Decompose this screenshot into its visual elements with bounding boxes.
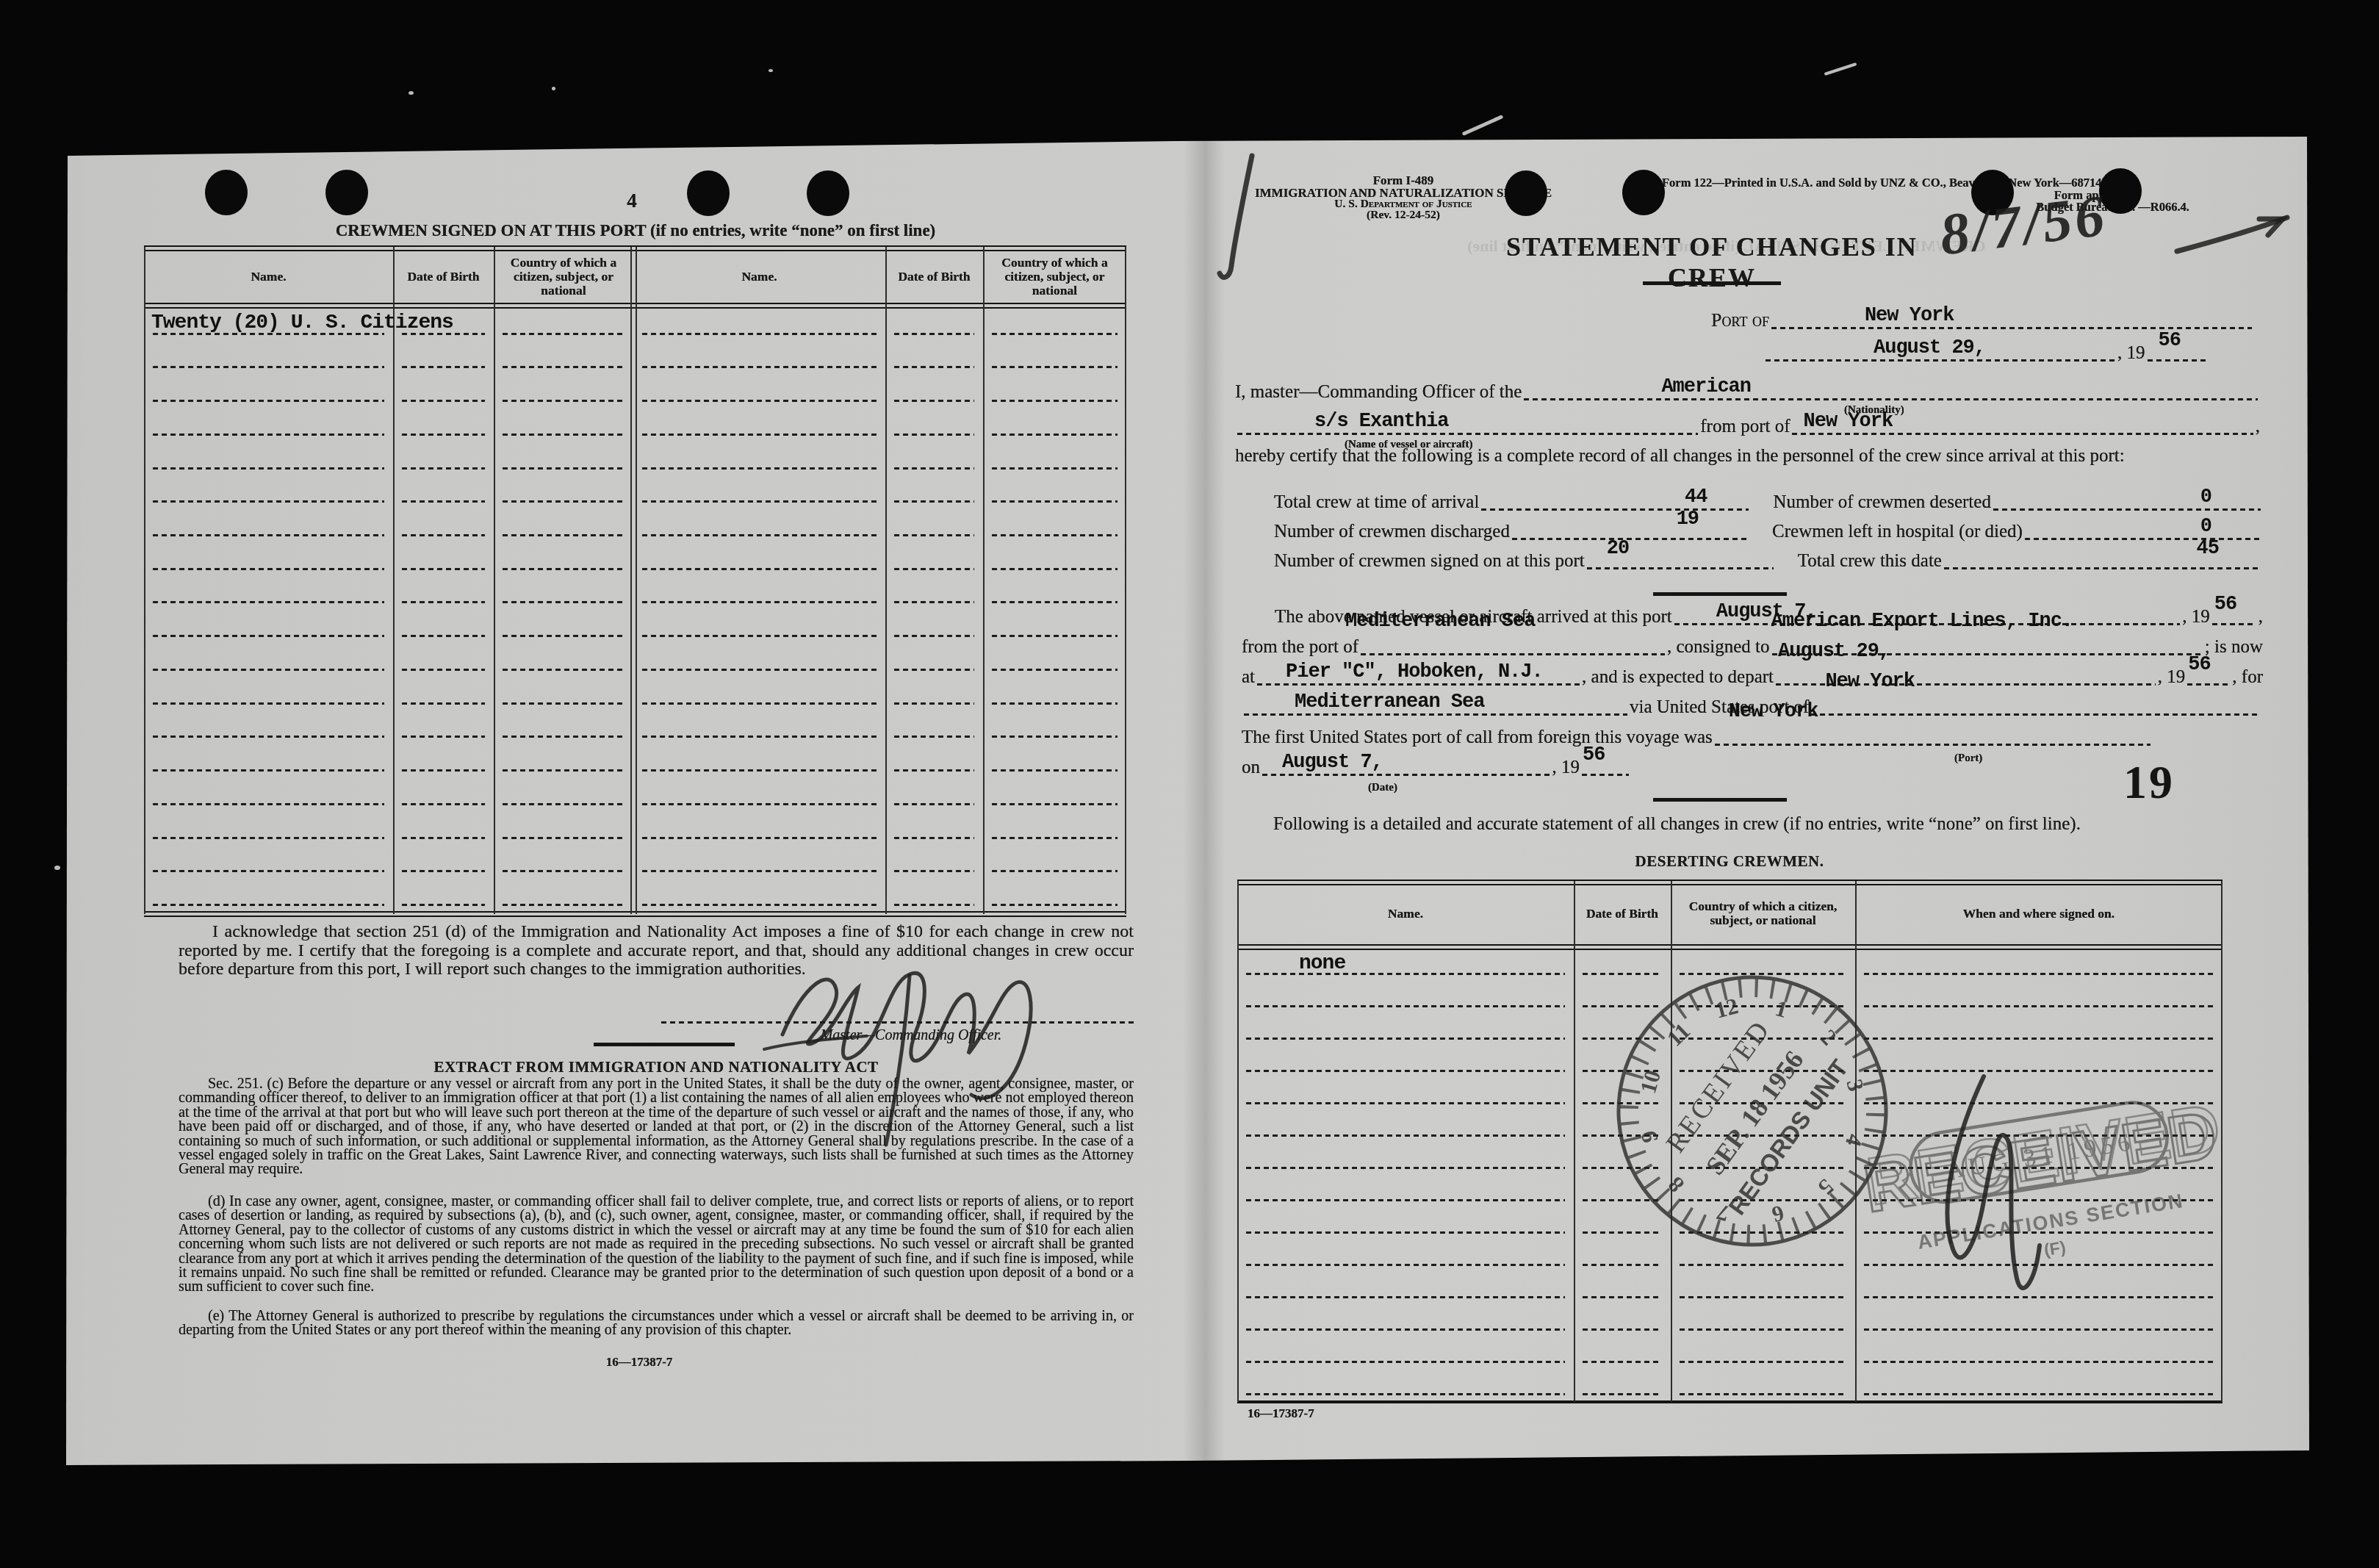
stat-label: Crewmen left in hospital (or died): [1750, 522, 2023, 545]
port-caption: (Port): [1954, 752, 1982, 765]
stat-label: Number of crewmen discharged: [1274, 522, 1510, 545]
depart-label: , and is expected to depart: [1582, 667, 1774, 691]
from-suffix: ; is now: [2205, 637, 2263, 661]
on-value: August 7,: [1282, 752, 1383, 774]
via-value-2: New York: [1825, 671, 1915, 693]
punch-hole: [687, 170, 730, 216]
on-fill: August 7,: [1260, 750, 1552, 781]
scan-streak: [1824, 62, 1857, 76]
certify-paragraph: hereby certify that the following is a c…: [1235, 444, 2262, 468]
year-fill: 56: [2145, 336, 2211, 367]
on-line: on August 7, , 19 56: [1242, 750, 1631, 781]
stat-value: 20: [1607, 538, 1629, 560]
col-name: Name.: [144, 250, 393, 303]
title-bar: [1643, 281, 1781, 285]
right-table-header: Name. Date of Birth Country of which a c…: [1237, 884, 2223, 943]
stat-fill: 45: [1942, 544, 2263, 575]
right-form-number: 16—17387-7: [1248, 1406, 1314, 1421]
from-port-fill: New York: [1790, 409, 2255, 440]
svg-text:9: 9: [1635, 1128, 1663, 1146]
year-printed: , 19: [2158, 667, 2186, 691]
year-printed: , 19: [2117, 343, 2145, 367]
via-value: Mediterranean Sea: [1295, 691, 1484, 713]
at-suffix: , for: [2232, 667, 2263, 691]
svg-text:5: 5: [1813, 1174, 1839, 1201]
table-row: [144, 542, 1126, 575]
nationality-value: American: [1661, 376, 1751, 398]
date-caption: (Date): [1368, 782, 1397, 794]
extract-paragraph-d: (d) In case any owner, agent, consignee,…: [179, 1195, 1134, 1295]
year-fill: 56: [2210, 600, 2259, 630]
stat-fill: 0: [2023, 514, 2263, 545]
date-line: August 29, , 19 56: [1763, 336, 2260, 367]
date-value: August 29,: [1874, 337, 1985, 359]
col-dob: Date of Birth: [393, 250, 494, 303]
vessel-line-comma: ,: [2256, 417, 2260, 440]
at-value: Pier "C", Hoboken, N.J.: [1286, 661, 1543, 683]
year-typed: 56: [2159, 330, 2181, 352]
year-typed: 56: [2188, 654, 2210, 676]
col-country: Country of which a citizen, subject, or …: [1671, 884, 1855, 943]
punch-hole: [325, 170, 368, 215]
col-dob: Date of Birth: [1574, 884, 1671, 943]
table-row: [144, 373, 1126, 407]
stat-value: 19: [1677, 508, 1699, 531]
svg-text:8: 8: [1663, 1172, 1689, 1198]
table-row: [144, 810, 1126, 844]
extract-title: EXTRACT FROM IMMIGRATION AND NATIONALITY…: [179, 1058, 1134, 1076]
port-of-label: Port of: [1711, 309, 1769, 334]
from-label: from the port of: [1242, 637, 1358, 661]
vessel-value: s/s Exanthia: [1314, 411, 1448, 433]
col-country-2: Country of which a citizen, subject, or …: [983, 250, 1126, 303]
svg-text:1: 1: [1773, 995, 1791, 1023]
right-table-first-entry: none: [1299, 952, 1345, 975]
stat-label: Number of crewmen signed on at this port: [1274, 551, 1585, 575]
consigned-label: , consigned to: [1667, 637, 1770, 661]
section-bar: [1653, 798, 1787, 802]
via-fill: Mediterranean Sea: [1242, 690, 1630, 721]
table-row: [1237, 1368, 2223, 1400]
table-row: [144, 710, 1126, 744]
handwritten-number: 19: [2123, 755, 2175, 810]
scan-speck: [409, 91, 414, 95]
on-label: on: [1242, 758, 1260, 781]
port-of-fill: New York: [1769, 303, 2254, 334]
stat-fill: 19: [1510, 514, 1750, 545]
table-row: [144, 441, 1126, 475]
at-label: at: [1242, 667, 1255, 691]
punch-hole: [1622, 170, 1665, 215]
col-name-2: Name.: [633, 250, 885, 303]
table-row: [144, 475, 1126, 508]
punch-hole: [807, 170, 849, 216]
at-fill: Pier "C", Hoboken, N.J.: [1255, 660, 1582, 691]
table-rule-bottom: [1237, 1400, 2223, 1403]
first-port-value: New York: [1729, 701, 1818, 723]
stat-value: 45: [2197, 538, 2219, 560]
punch-hole: [205, 170, 248, 215]
stat-row-1: Total crew at time of arrival 44 Number …: [1274, 485, 2263, 516]
master-label: I, master—Commanding Officer of the: [1235, 382, 1522, 406]
svg-text:2: 2: [1815, 1024, 1842, 1050]
arrived-suffix: ,: [2259, 607, 2263, 630]
section-bar: [594, 1043, 735, 1046]
following-paragraph: Following is a detailed and accurate sta…: [1235, 814, 2264, 834]
table-row: [144, 642, 1126, 676]
from-port-label: from port of: [1700, 417, 1790, 440]
table-row: [144, 508, 1126, 542]
first-port-label: The first United States port of call fro…: [1242, 727, 1713, 751]
svg-text:6: 6: [1769, 1200, 1787, 1228]
deserting-crewmen-title: DESERTING CREWMEN.: [1509, 852, 1950, 871]
year-fill: 56: [2185, 660, 2232, 691]
left-table-first-entry: Twenty (20) U. S. Citizens: [151, 312, 453, 334]
year-typed: 56: [2214, 594, 2236, 616]
from-value: Mediterranean Sea: [1345, 611, 1535, 633]
stat-fill: 20: [1585, 544, 1776, 575]
col-dob-2: Date of Birth: [885, 250, 983, 303]
table-row: [144, 777, 1126, 810]
year-printed: , 19: [2182, 607, 2210, 630]
via-fill-2: New York: [1809, 690, 2263, 721]
extract-paragraph-e: (e) The Attorney General is authorized t…: [179, 1309, 1134, 1338]
stat-row-3: Number of crewmen signed on at this port…: [1274, 544, 2263, 575]
svg-text:11: 11: [1662, 1018, 1695, 1051]
at-line: at Pier "C", Hoboken, N.J. , and is expe…: [1242, 660, 2263, 691]
vessel-line: s/s Exanthia from port of New York ,: [1235, 409, 2260, 440]
stat-row-2: Number of crewmen discharged 19 Crewmen …: [1274, 514, 2263, 545]
pen-mark: [1214, 147, 1280, 301]
punch-hole: [1505, 170, 1547, 216]
table-row: [144, 676, 1126, 710]
scan-streak: [1462, 115, 1504, 136]
stat-label: Total crew at time of arrival: [1274, 492, 1479, 516]
date-fill: August 29,: [1763, 336, 2117, 367]
svg-text:12: 12: [1713, 993, 1741, 1023]
left-form-number: 16—17387-7: [441, 1355, 838, 1370]
stat-label: Number of crewmen deserted: [1751, 492, 1990, 516]
table-row: [144, 877, 1126, 911]
from-port-value: New York: [1803, 411, 1893, 433]
left-table-rows: [144, 306, 1126, 911]
table-row: [144, 608, 1126, 642]
table-row: [144, 407, 1126, 441]
left-table-header: Name. Date of Birth Country of which a c…: [144, 250, 1126, 303]
handwritten-flourish: [2171, 206, 2296, 257]
from-fill: Mediterranean Sea: [1358, 630, 1667, 661]
first-port-line: The first United States port of call fro…: [1242, 720, 2153, 751]
year-typed: 56: [1583, 744, 1605, 766]
first-port-fill: New York: [1713, 720, 2153, 751]
section-bar: [1653, 592, 1787, 596]
master-line: I, master—Commanding Officer of the Amer…: [1235, 375, 2260, 406]
stat-fill: 44: [1479, 485, 1751, 516]
vessel-fill: s/s Exanthia: [1235, 409, 1700, 440]
left-page-title: CREWMEN SIGNED ON AT THIS PORT (if no en…: [132, 221, 1139, 240]
col-signed-on: When and where signed on.: [1855, 884, 2223, 943]
from-port-line: from the port of Mediterranean Sea , con…: [1242, 630, 2263, 661]
port-of-value: New York: [1865, 305, 1954, 327]
nationality-fill: American: [1522, 375, 2260, 406]
table-row: [144, 340, 1126, 374]
table-row: [1237, 1336, 2223, 1368]
year-fill: 56: [1580, 750, 1631, 781]
col-name: Name.: [1237, 884, 1574, 943]
page-crease: [1183, 137, 1224, 1461]
col-country: Country of which a citizen, subject, or …: [494, 250, 633, 303]
stat-value: 44: [1685, 486, 1707, 508]
page-number: 4: [610, 190, 654, 212]
stat-value: 0: [2200, 486, 2211, 508]
stat-label: Total crew this date: [1776, 551, 1942, 575]
scanned-document: { "left_page": { "page_number": "4", "ti…: [0, 0, 2379, 1568]
scan-speck: [552, 87, 555, 90]
depart-value: August 29,: [1778, 641, 1890, 663]
scan-speck: [769, 69, 773, 72]
extract-paragraph-c: Sec. 251. (c) Before the departure or an…: [179, 1077, 1134, 1177]
stamp-initials-scrawl: [1910, 1069, 2072, 1312]
table-row: [144, 743, 1126, 777]
stat-fill: 0: [1991, 485, 2263, 516]
consigned-value: American Export Lines, Inc.: [1771, 611, 2073, 633]
scan-speck: [54, 866, 60, 870]
table-row: [144, 575, 1126, 609]
stat-value: 0: [2200, 516, 2211, 538]
table-row: [1237, 1303, 2223, 1336]
year-printed: , 19: [1552, 758, 1580, 781]
table-row: [144, 844, 1126, 878]
